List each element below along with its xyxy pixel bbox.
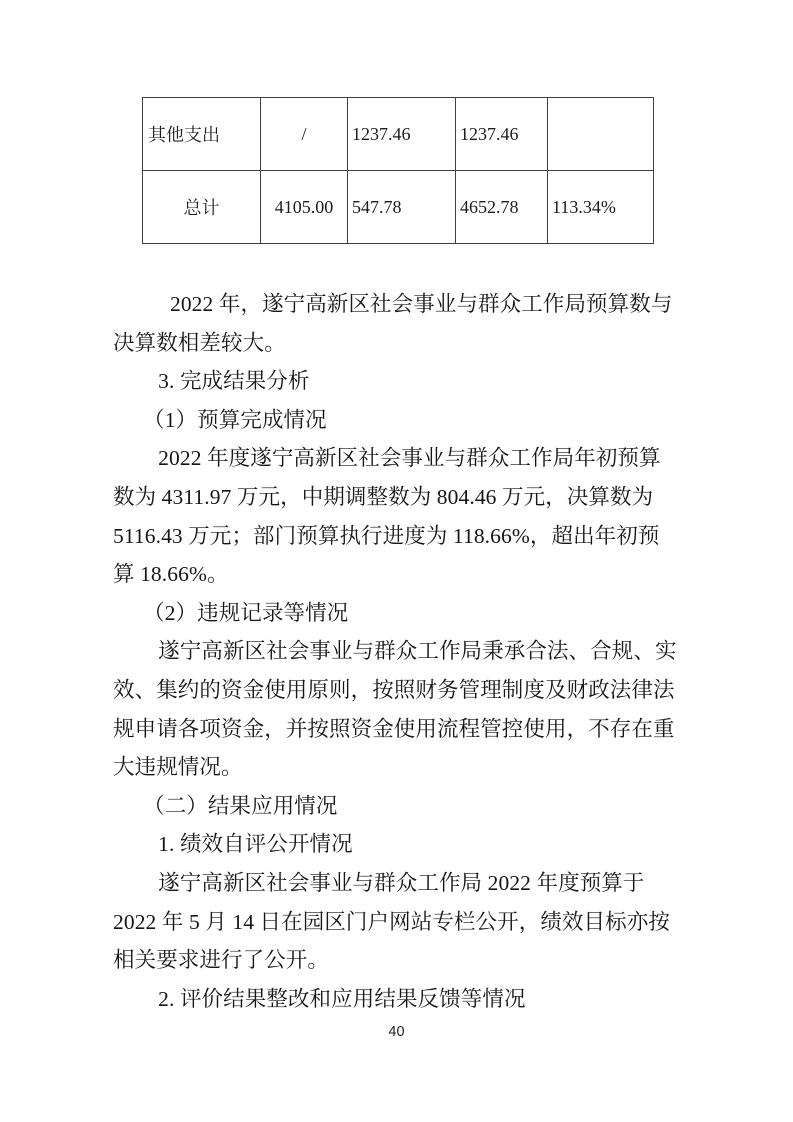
- text-line: （二）结果应用情况: [113, 787, 679, 826]
- text-line: 数为 4311.97 万元，中期调整数为 804.46 万元，决算数为: [113, 478, 679, 517]
- text-line: 2022 年，遂宁高新区社会事业与群众工作局预算数与: [113, 285, 679, 324]
- paragraph: （1）预算完成情况: [113, 401, 679, 440]
- text-line: 规申请各项资金，并按照资金使用流程管控使用，不存在重: [113, 710, 679, 749]
- text-line: 遂宁高新区社会事业与群众工作局秉承合法、合规、实: [113, 632, 679, 671]
- text-line: 5116.43 万元；部门预算执行进度为 118.66%，超出年初预: [113, 517, 679, 556]
- budget-summary-table: 其他支出 / 1237.46 1237.46 总计 4105.00 547.78…: [142, 97, 654, 244]
- table-cell-value: 4652.78: [456, 171, 548, 244]
- body-text: 2022 年，遂宁高新区社会事业与群众工作局预算数与决算数相差较大。3. 完成结…: [113, 285, 679, 1018]
- paragraph: 2022 年度遂宁高新区社会事业与群众工作局年初预算数为 4311.97 万元，…: [113, 439, 679, 593]
- table-cell-value: 547.78: [348, 171, 456, 244]
- table-cell-value: /: [261, 98, 348, 171]
- text-line: （2）违规记录等情况: [113, 594, 679, 633]
- paragraph: 遂宁高新区社会事业与群众工作局秉承合法、合规、实效、集约的资金使用原则，按照财务…: [113, 632, 679, 786]
- paragraph: 2022 年，遂宁高新区社会事业与群众工作局预算数与决算数相差较大。: [113, 285, 679, 362]
- paragraph: （2）违规记录等情况: [113, 594, 679, 633]
- text-line: 算 18.66%。: [113, 555, 679, 594]
- paragraph: （二）结果应用情况: [113, 787, 679, 826]
- table-cell-value: 4105.00: [261, 171, 348, 244]
- document-page: 其他支出 / 1237.46 1237.46 总计 4105.00 547.78…: [0, 0, 793, 1122]
- table-cell-row-label: 其他支出: [143, 98, 261, 171]
- page-number: 40: [0, 1024, 793, 1040]
- table-row: 其他支出 / 1237.46 1237.46: [143, 98, 654, 171]
- table-cell-value: [548, 98, 654, 171]
- paragraph: 1. 绩效自评公开情况: [113, 825, 679, 864]
- paragraph: 2. 评价结果整改和应用结果反馈等情况: [113, 980, 679, 1019]
- text-line: 3. 完成结果分析: [113, 362, 679, 401]
- paragraph: 3. 完成结果分析: [113, 362, 679, 401]
- text-line: 决算数相差较大。: [113, 324, 679, 363]
- paragraph: 遂宁高新区社会事业与群众工作局 2022 年度预算于2022 年 5 月 14 …: [113, 864, 679, 980]
- table-cell-row-label: 总计: [143, 171, 261, 244]
- text-line: 效、集约的资金使用原则，按照财务管理制度及财政法律法: [113, 671, 679, 710]
- text-line: 遂宁高新区社会事业与群众工作局 2022 年度预算于: [113, 864, 679, 903]
- text-line: 大违规情况。: [113, 748, 679, 787]
- text-line: 2022 年度遂宁高新区社会事业与群众工作局年初预算: [113, 439, 679, 478]
- text-line: 2022 年 5 月 14 日在园区门户网站专栏公开，绩效目标亦按: [113, 903, 679, 942]
- table-cell-value: 113.34%: [548, 171, 654, 244]
- text-line: 1. 绩效自评公开情况: [113, 825, 679, 864]
- table-cell-value: 1237.46: [348, 98, 456, 171]
- text-line: （1）预算完成情况: [113, 401, 679, 440]
- text-line: 2. 评价结果整改和应用结果反馈等情况: [113, 980, 679, 1019]
- text-line: 相关要求进行了公开。: [113, 941, 679, 980]
- table-cell-value: 1237.46: [456, 98, 548, 171]
- table-row: 总计 4105.00 547.78 4652.78 113.34%: [143, 171, 654, 244]
